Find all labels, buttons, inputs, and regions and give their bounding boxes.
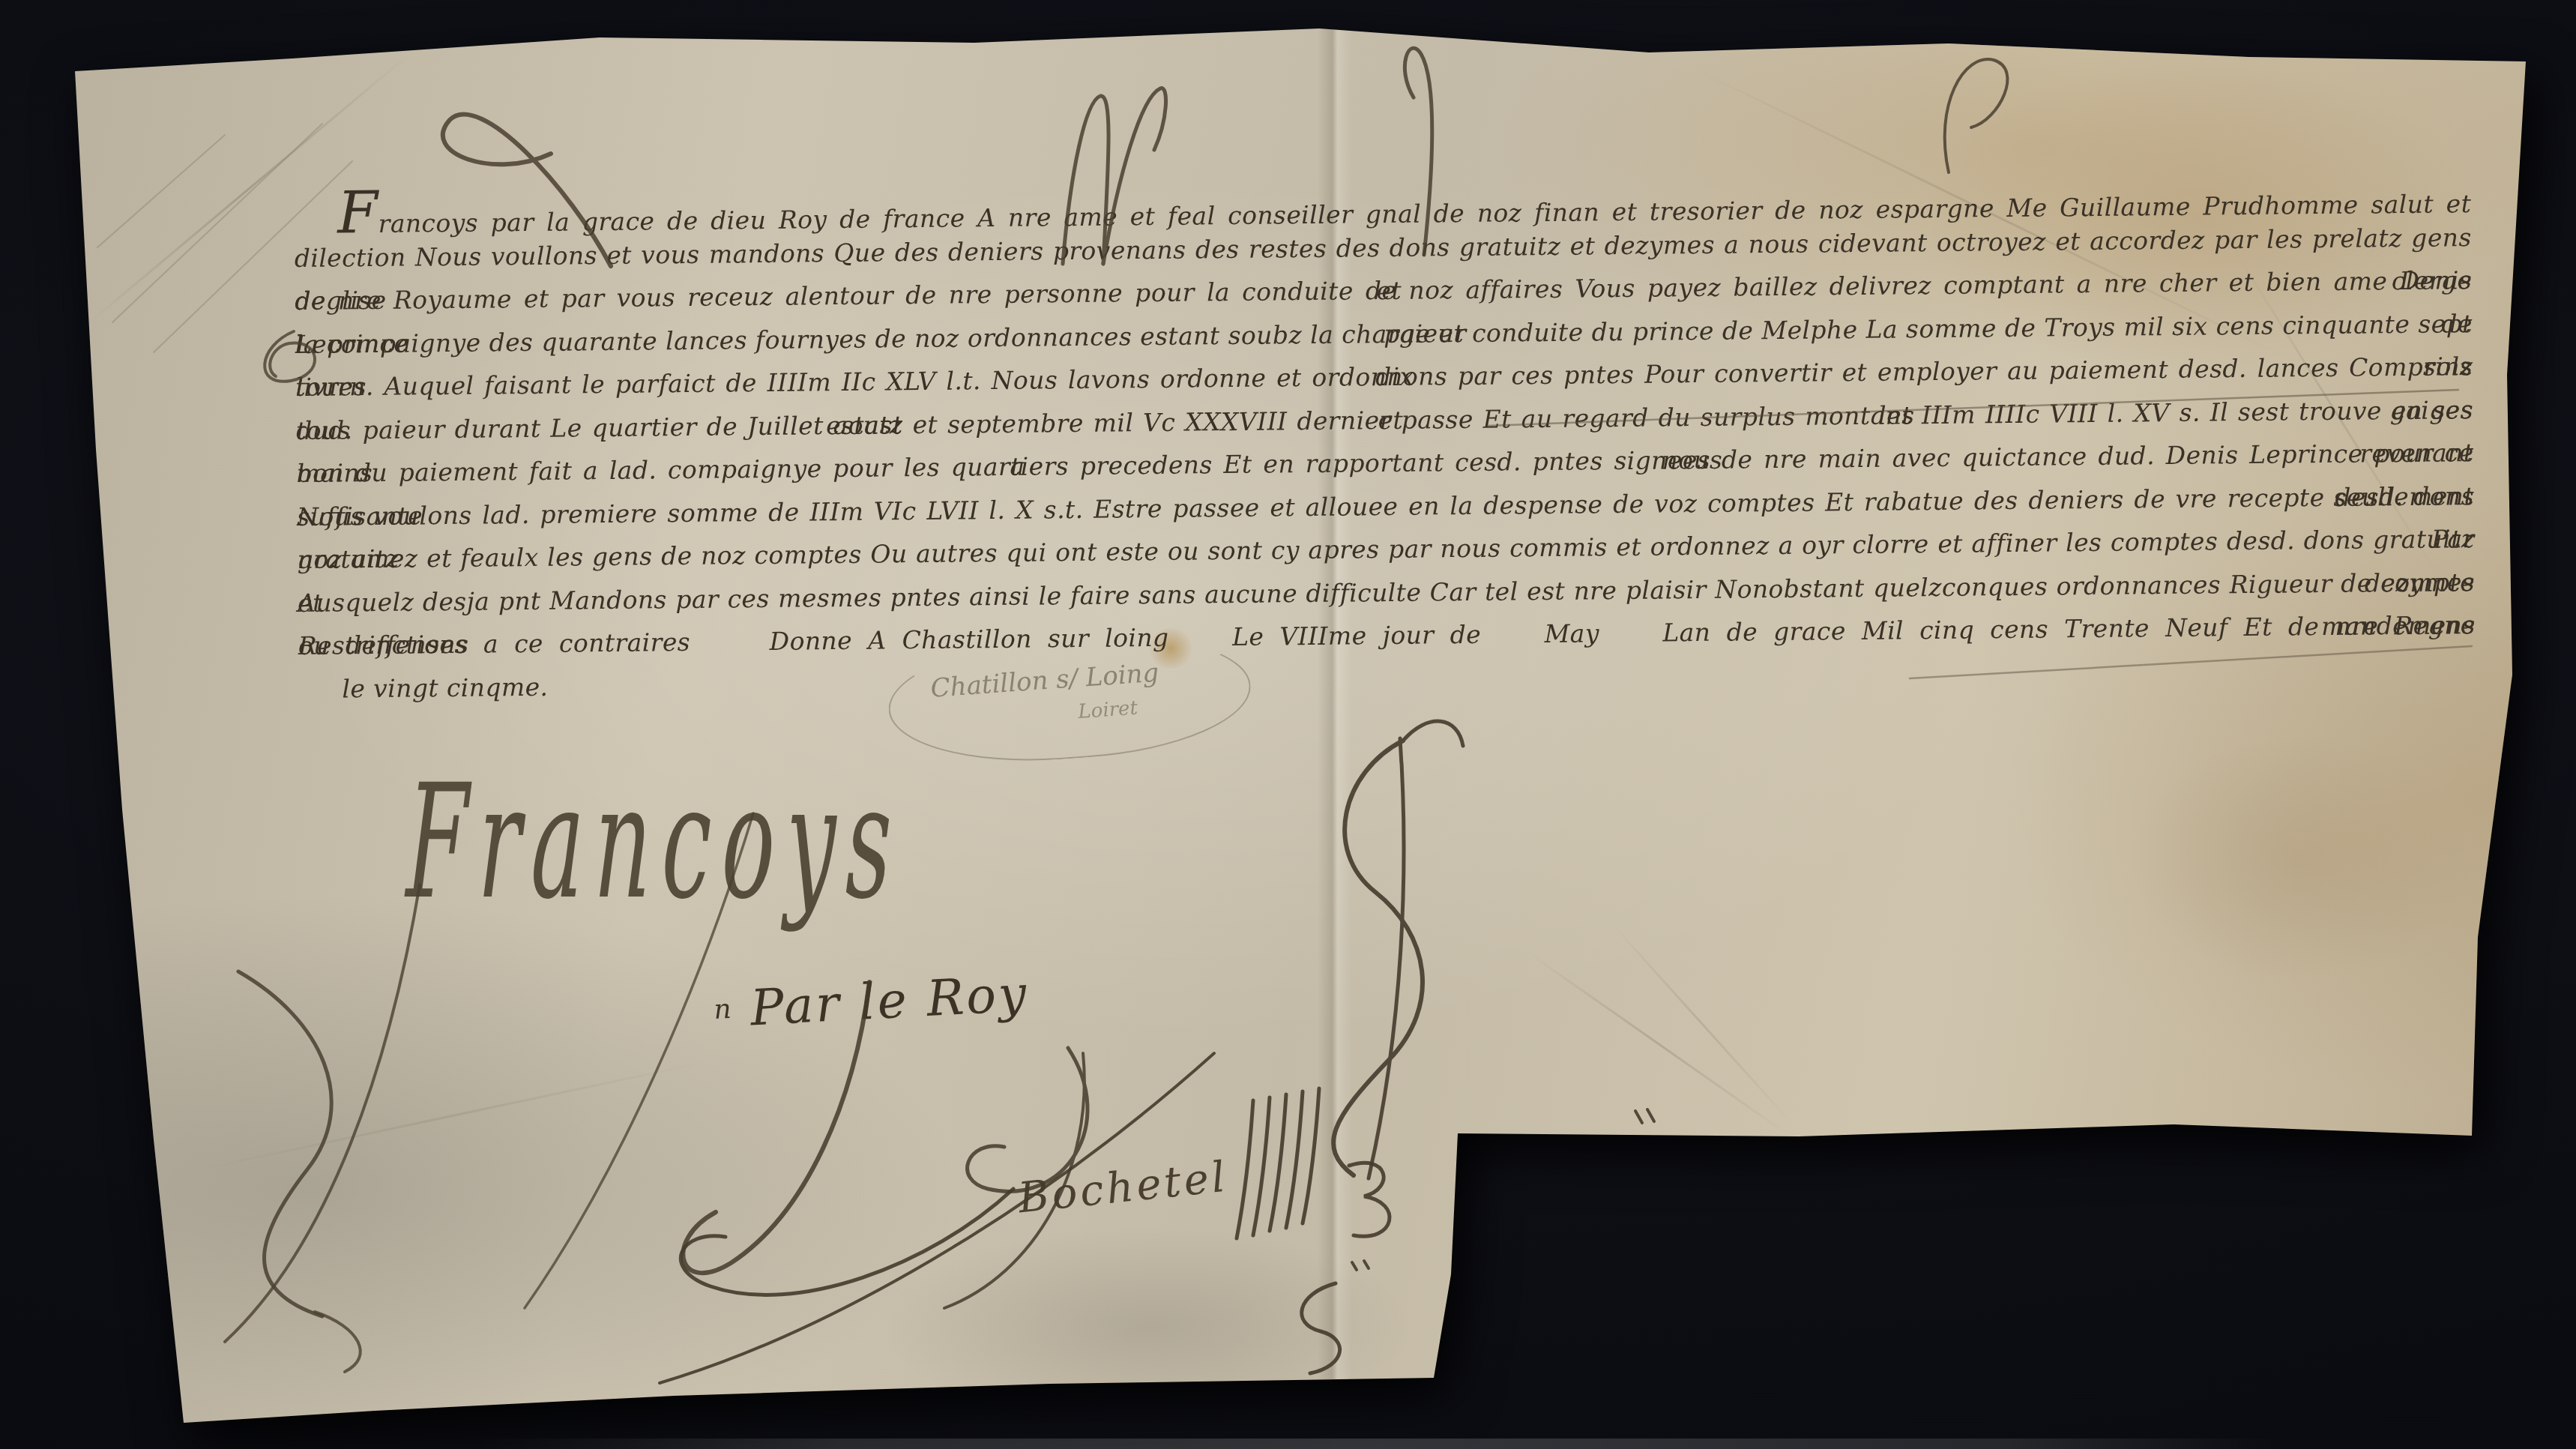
ink-underlines [1488, 390, 2472, 678]
secretary-flourish [660, 1053, 1654, 1383]
parchment-sheet: Francoys par la grace de dieu Roy de fra… [0, 0, 2576, 1449]
surface-scratches [97, 124, 352, 352]
margin-paraph [225, 331, 753, 1372]
grand-paraph [1333, 721, 1463, 1178]
photo-backdrop: Francoys par la grace de dieu Roy de fra… [0, 0, 2576, 1449]
parchment-document: Francoys par la grace de dieu Roy de fra… [0, 0, 2576, 1449]
ink-flourishes-overlay [0, 0, 2576, 1449]
endorsement-descenders [683, 982, 1088, 1308]
ascender-flourishes [443, 48, 2008, 266]
